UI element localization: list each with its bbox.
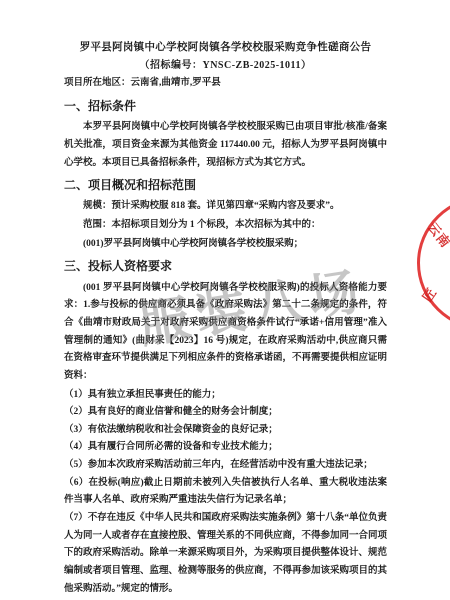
section-3-heading: 三、投标人资格要求 (64, 257, 387, 276)
qualification-item-1: （1）具有独立承担民事责任的能力； (64, 387, 387, 405)
seal-text-bottom: 匠 (417, 284, 440, 306)
red-seal-stamp: 云南 匠 (417, 196, 450, 330)
document-title: 罗平县阿岗镇中心学校阿岗镇各学校校服采购竞争性磋商公告 (64, 38, 387, 57)
qualification-item-2: （2）具有良好的商业信誉和健全的财务会计制度； (64, 404, 387, 422)
tender-number: （招标编号：YNSC-ZB-2025-1011） (64, 57, 387, 75)
document-content: 罗平县阿岗镇中心学校阿岗镇各学校校服采购竞争性磋商公告 （招标编号：YNSC-Z… (64, 38, 387, 598)
section-1-paragraph: 本罗平县阿岗镇中心学校阿岗镇各学校校服采购已由项目审批/核准/备案机关批准，项目… (64, 119, 387, 172)
scope-line: 范围：本招标项目划分为 1 个标段，本次招标为其中的： (64, 217, 387, 235)
section-2-heading: 二、项目概况和招标范围 (64, 176, 387, 195)
qualification-item-4: （4）具有履行合同所必需的设备和专业技术能力； (64, 439, 387, 457)
qualification-item-3: （3）有依法缴纳税收和社会保障资金的良好记录； (64, 422, 387, 440)
qualification-item-5: （5）参加本次政府采购活动前三年内，在经营活动中没有重大违法记录； (64, 457, 387, 475)
lot-line: (001)罗平县阿岗镇中心学校阿岗镇各学校校服采购； (64, 236, 387, 254)
seal-text-top: 云南 (424, 218, 450, 252)
qualification-intro: (001 罗平县阿岗镇中心学校阿岗镇各学校校服采购)的投标人资格能力要求：1.参… (64, 280, 387, 386)
scale-line: 规模：预计采购校服 818 套。详见第四章“采购内容及要求”。 (64, 198, 387, 216)
qualification-item-6: （6）在投标(响应)截止日期前未被列入失信被执行人名单、重大税收违法案件当事人名… (64, 475, 387, 510)
qualification-item-7: （7）不存在违反《中华人民共和国政府采购法实施条例》第十八条“单位负责人为同一人… (64, 510, 387, 598)
project-location: 项目所在地区：云南省,曲靖市,罗平县 (64, 75, 387, 93)
section-1-heading: 一、招标条件 (64, 97, 387, 116)
document-page: 服装八场 云南 匠 罗平县阿岗镇中心学校阿岗镇各学校校服采购竞争性磋商公告 （招… (0, 0, 450, 600)
